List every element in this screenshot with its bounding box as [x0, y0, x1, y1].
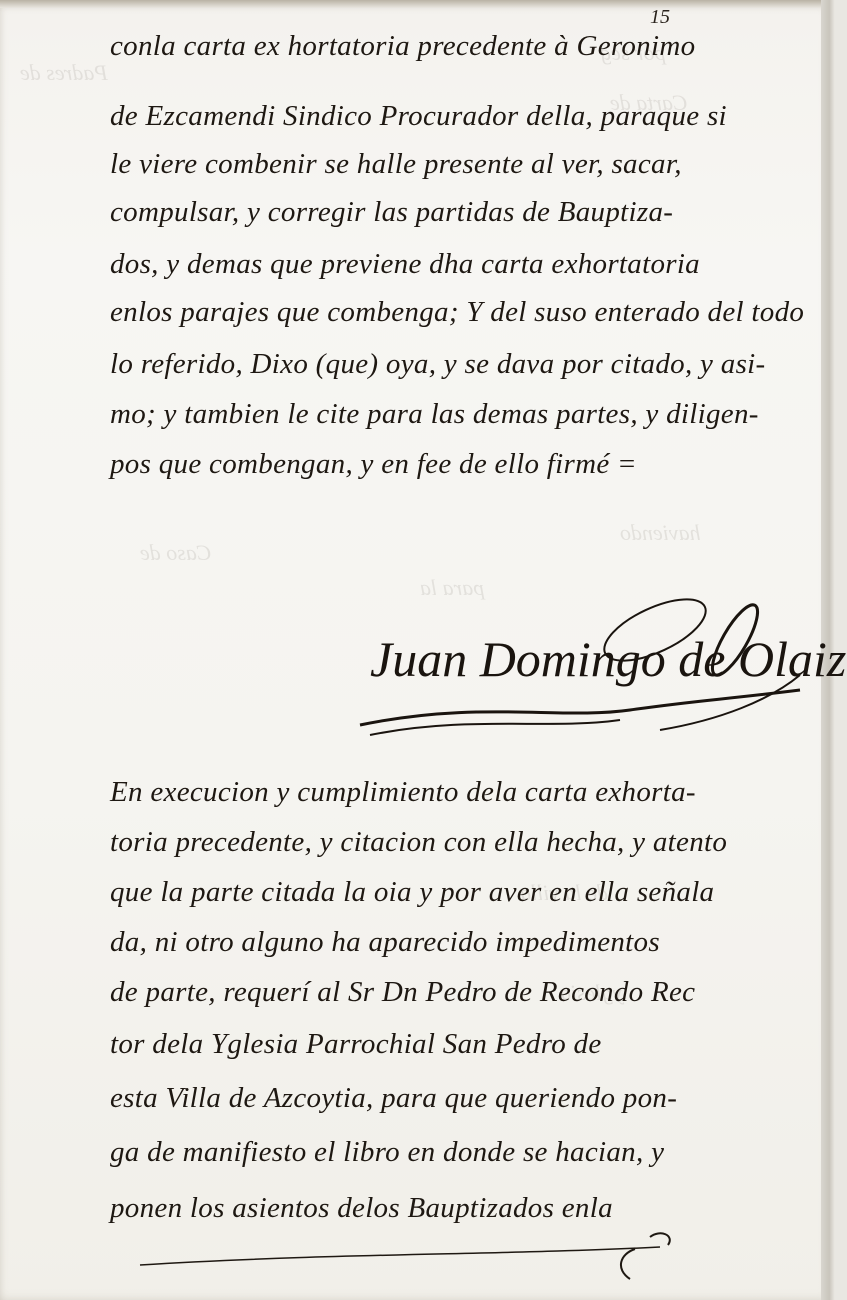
- manuscript-line: ga de manifiesto el libro en donde se ha…: [110, 1136, 664, 1169]
- signature-flourish-icon: [300, 580, 820, 750]
- manuscript-line: de parte, requerí al Sr Dn Pedro de Reco…: [110, 976, 695, 1009]
- manuscript-line: ponen los asientos delos Bauptizados enl…: [110, 1192, 613, 1225]
- manuscript-line: le viere combenir se halle presente al v…: [110, 148, 682, 181]
- manuscript-line: da, ni otro alguno ha aparecido impedime…: [110, 926, 660, 959]
- manuscript-line: que la parte citada la oia y por aver en…: [110, 876, 714, 909]
- closing-line-flourish-icon: [130, 1225, 690, 1285]
- manuscript-line: conla carta ex hortatoria precedente à G…: [110, 30, 695, 63]
- manuscript-line: esta Villa de Azcoytia, para que querien…: [110, 1082, 677, 1115]
- manuscript-line: dos, y demas que previene dha carta exho…: [110, 248, 700, 281]
- manuscript-line: toria precedente, y citacion con ella he…: [110, 826, 727, 859]
- manuscript-line: En execucion y cumplimiento dela carta e…: [110, 776, 696, 809]
- manuscript-line: pos que combengan, y en fee de ello firm…: [110, 448, 637, 481]
- manuscript-line: compulsar, y corregir las partidas de Ba…: [110, 196, 673, 229]
- manuscript-line: mo; y tambien le cite para las demas par…: [110, 398, 759, 431]
- manuscript-line: enlos parajes que combenga; Y del suso e…: [110, 296, 804, 329]
- manuscript-page: por seg Carta de Padres de Caso de para …: [0, 0, 835, 1300]
- manuscript-line: tor dela Yglesia Parrochial San Pedro de: [110, 1028, 602, 1061]
- bleed-through-text: Padres de: [20, 60, 108, 86]
- manuscript-line: de Ezcamendi Sindico Procurador della, p…: [110, 100, 727, 133]
- page-top-edge: [0, 0, 835, 8]
- bleed-through-text: Caso de: [140, 540, 212, 566]
- folio-number: 15: [650, 6, 670, 29]
- bleed-through-text: haviendo: [620, 520, 701, 546]
- manuscript-line: lo referido, Dixo (que) oya, y se dava p…: [110, 348, 765, 381]
